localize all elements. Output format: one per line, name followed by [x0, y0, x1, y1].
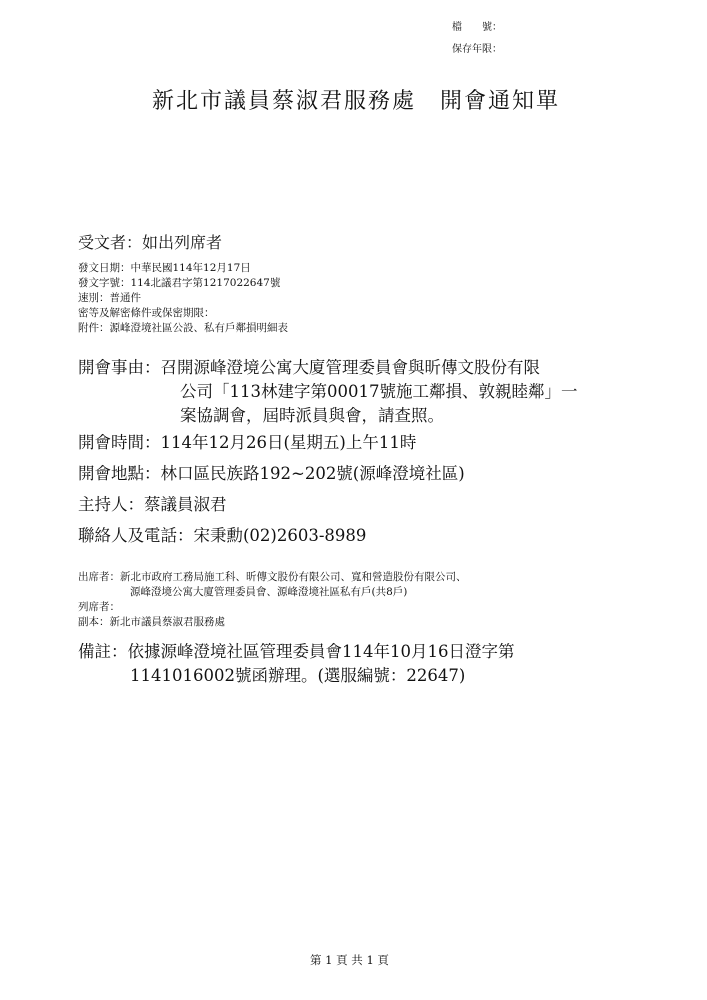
attendees-line: 出席者：新北市政府工務局施工科、昕傳文股份有限公司、寬和營造股份有限公司、: [78, 570, 467, 585]
meta-block: 發文日期：中華民國114年12月17日 發文字號：114北議君字第1217022…: [78, 261, 288, 336]
issue-date: 發文日期：中華民國114年12月17日: [78, 261, 288, 276]
delivery-speed: 速別：普通件: [78, 291, 288, 306]
meeting-reason-line: 開會事由：召開源峰澄境公寓大廈管理委員會與昕傳文股份有限: [78, 356, 577, 380]
meeting-location: 開會地點：林口區民族路192~202號(源峰澄境社區): [78, 462, 465, 486]
retention-label: 保存年限：: [452, 40, 502, 55]
meeting-reason-line: 公司「113林建字第00017號施工鄰損、敦親睦鄰」一: [78, 380, 577, 404]
observers: 列席者：: [78, 600, 467, 615]
meeting-time: 開會時間：114年12月26日(星期五)上午11時: [78, 431, 416, 455]
meeting-reason-line: 案協調會，屆時派員與會，請查照。: [78, 404, 577, 428]
copy-to: 副本：新北市議員蔡淑君服務處: [78, 615, 467, 630]
recipient: 受文者：如出列席者: [78, 230, 222, 253]
note-line: 1141016002號函辦理。(選服編號：22647): [78, 664, 515, 688]
note-line: 備註：依據源峰澄境社區管理委員會114年10月16日澄字第: [78, 640, 515, 664]
document-number: 發文字號：114北議君字第1217022647號: [78, 276, 288, 291]
page-number: 第 1 頁 共 1 頁: [310, 952, 389, 968]
meeting-host: 主持人：蔡議員淑君: [78, 493, 227, 517]
attendees-block: 出席者：新北市政府工務局施工科、昕傳文股份有限公司、寬和營造股份有限公司、 源峰…: [78, 570, 467, 630]
attendees-line: 源峰澄境公寓大廈管理委員會、源峰澄境社區私有戶(共8戶): [78, 585, 467, 600]
meeting-contact: 聯絡人及電話：宋秉勳(02)2603-8989: [78, 524, 366, 548]
meeting-reason: 開會事由：召開源峰澄境公寓大廈管理委員會與昕傳文股份有限 公司「113林建字第0…: [78, 356, 577, 428]
document-title: 新北市議員蔡淑君服務處 開會通知單: [152, 84, 560, 115]
attachment: 附件：源峰澄境社區公設、私有戶鄰損明細表: [78, 321, 288, 336]
confidentiality: 密等及解密條件或保密期限：: [78, 306, 288, 321]
file-number-label: 檔 號：: [452, 18, 502, 33]
note-block: 備註：依據源峰澄境社區管理委員會114年10月16日澄字第 1141016002…: [78, 640, 515, 688]
